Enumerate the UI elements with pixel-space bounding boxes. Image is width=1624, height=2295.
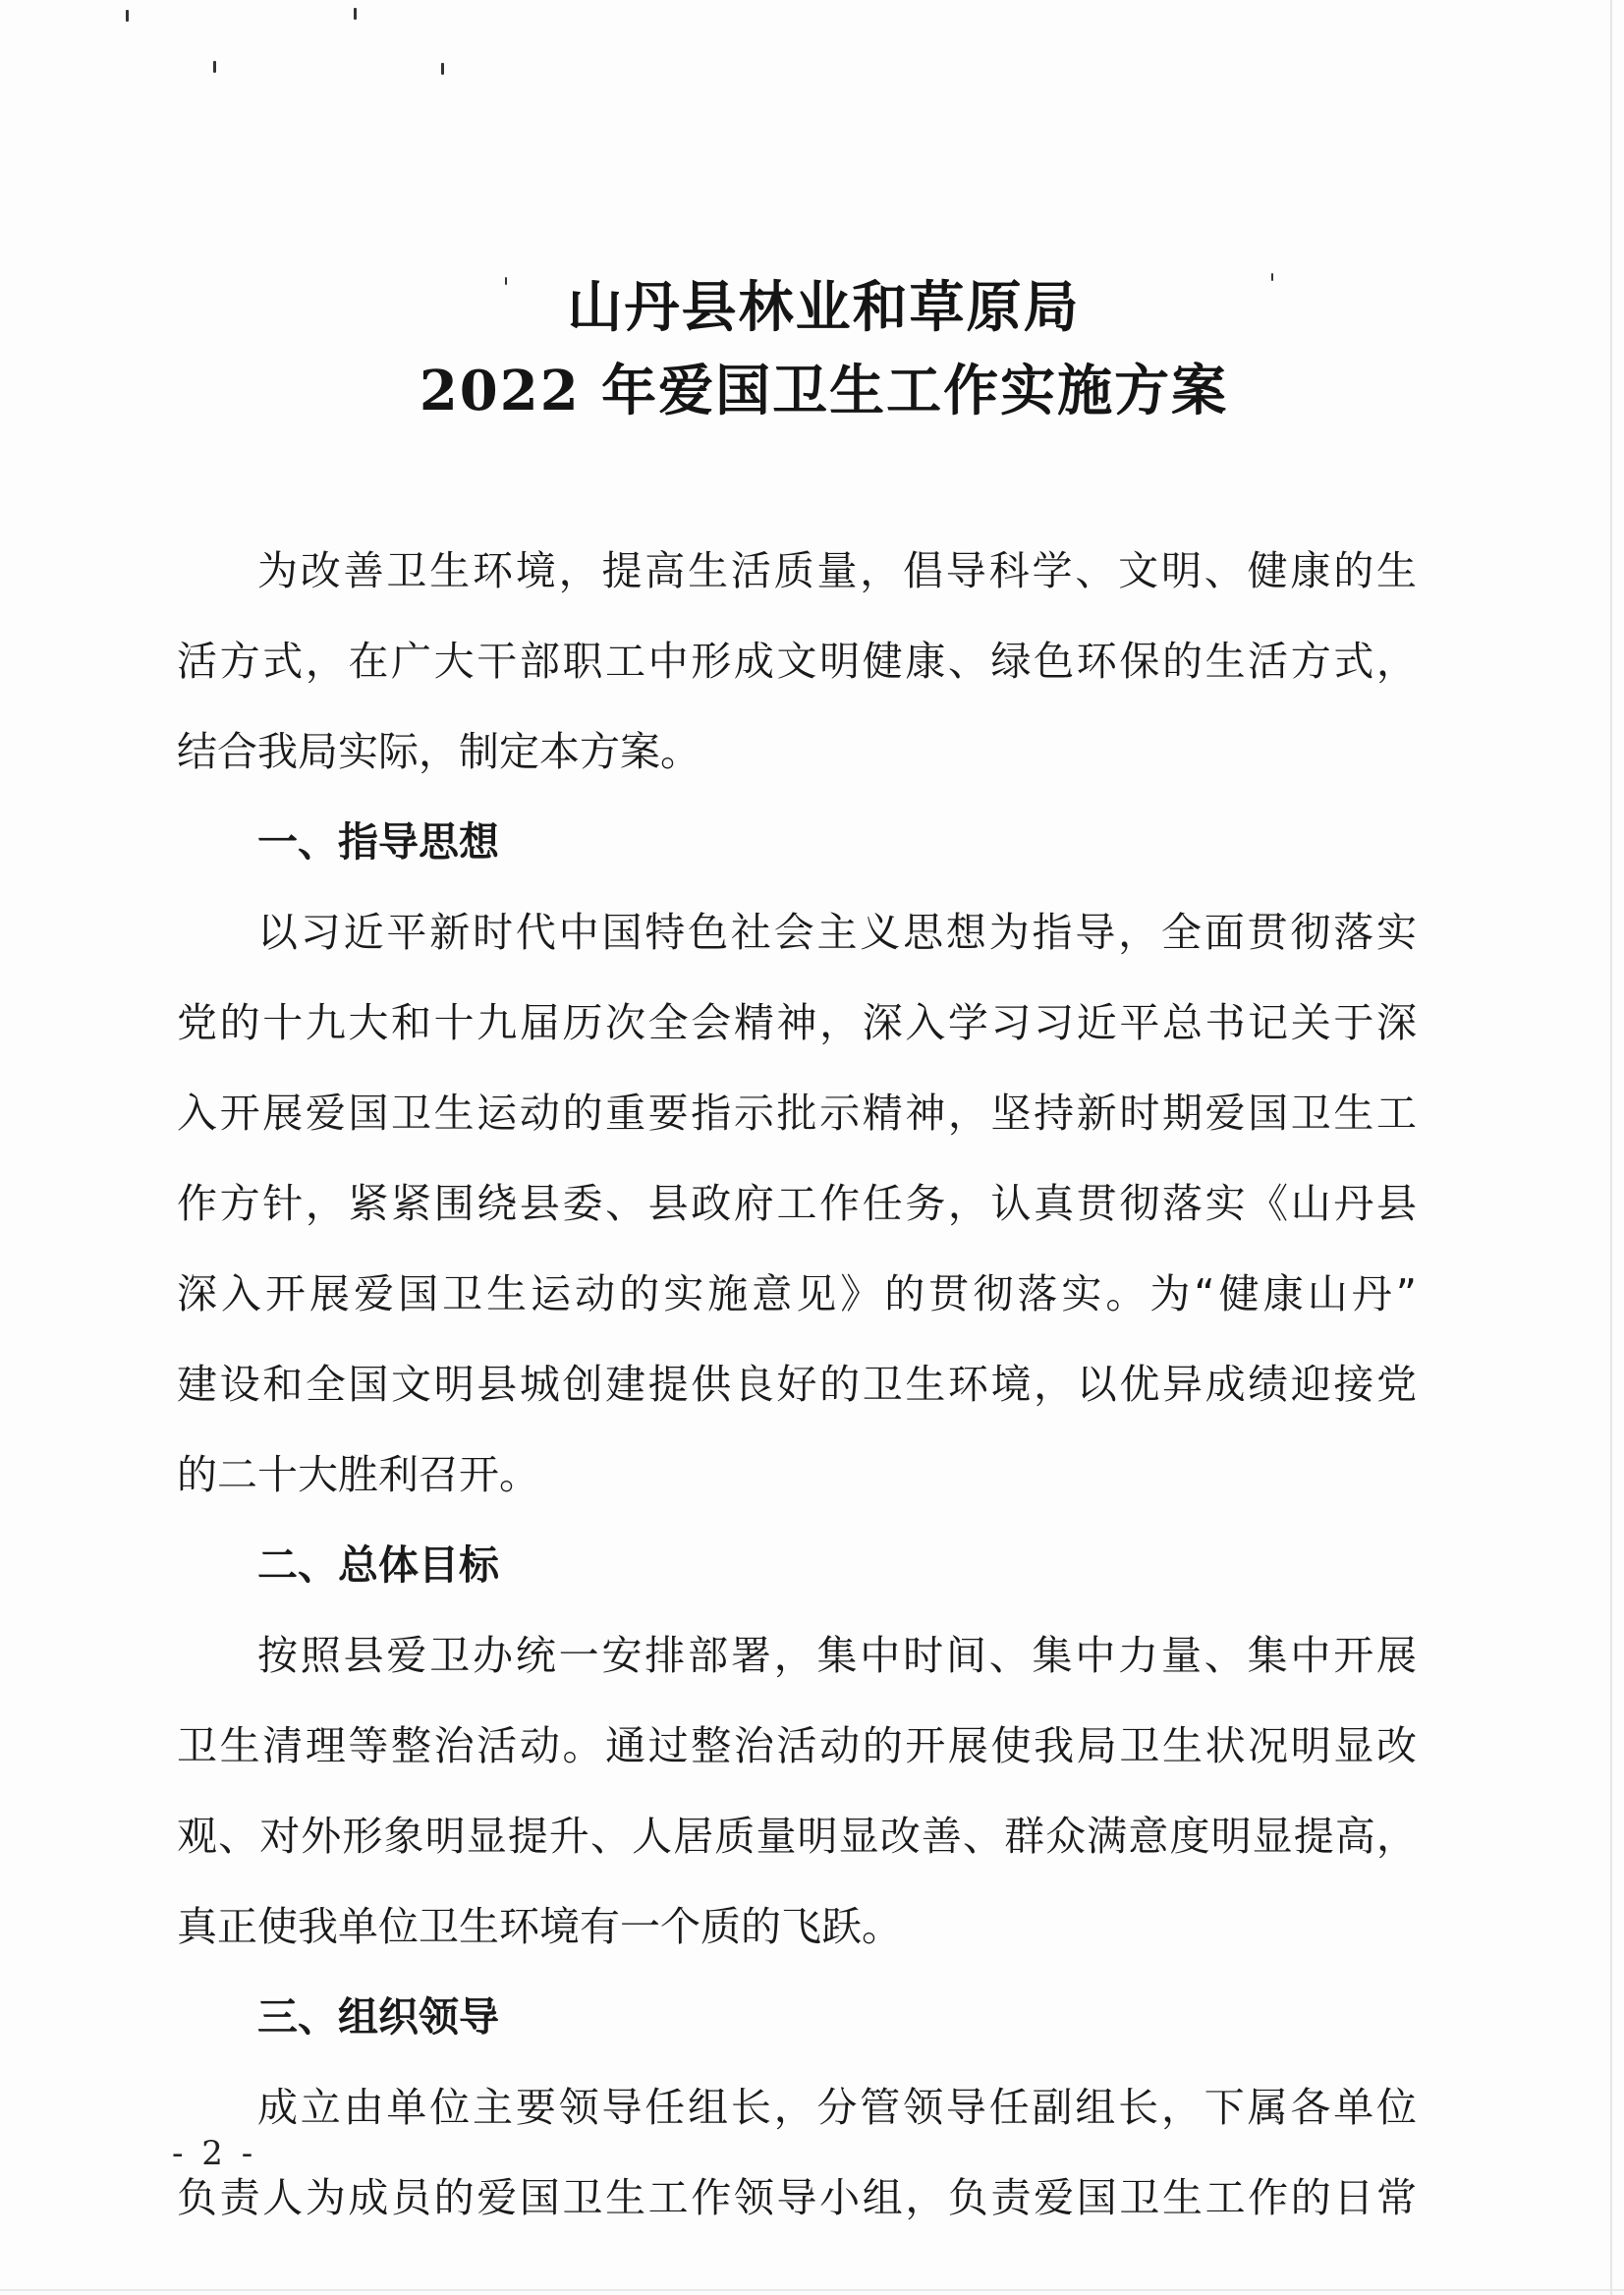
paragraph-line: 按照县爱卫办统一安排部署，集中时间、集中力量、集中开展 xyxy=(177,1610,1417,1701)
section-overall-goals: 二、总体目标 按照县爱卫办统一安排部署，集中时间、集中力量、集中开展 卫生清理等… xyxy=(177,1520,1417,1972)
scan-speck xyxy=(126,10,129,22)
section-guiding-ideology: 一、指导思想 以习近平新时代中国特色社会主义思想为指导，全面贯彻落实 党的十九大… xyxy=(177,797,1417,1520)
section-heading: 二、总体目标 xyxy=(177,1520,1417,1610)
paragraph-line: 深入开展爱国卫生运动的实施意见》的贯彻落实。为“健康山丹” xyxy=(177,1249,1417,1339)
paragraph-line: 成立由单位主要领导任组长，分管领导任副组长，下属各单位 xyxy=(177,2062,1417,2153)
paragraph-line: 建设和全国文明县城创建提供良好的卫生环境，以优异成绩迎接党 xyxy=(177,1339,1417,1429)
paragraph-line: 党的十九大和十九届历次全会精神，深入学习习近平总书记关于深 xyxy=(177,978,1417,1068)
scan-speck xyxy=(354,8,357,20)
paragraph-line: 的二十大胜利召开。 xyxy=(177,1429,1417,1520)
paragraph-line: 作方针，紧紧围绕县委、县政府工作任务，认真贯彻落实《山丹县 xyxy=(177,1158,1417,1249)
paragraph-line: 负责人为成员的爱国卫生工作领导小组，负责爱国卫生工作的日常 xyxy=(177,2153,1417,2243)
paragraph-line: 活方式，在广大干部职工中形成文明健康、绿色环保的生活方式， xyxy=(177,616,1417,706)
section-heading: 一、指导思想 xyxy=(177,797,1417,887)
paragraph-line: 卫生清理等整治活动。通过整治活动的开展使我局卫生状况明显改 xyxy=(177,1701,1417,1791)
intro-paragraph: 为改善卫生环境，提高生活质量，倡导科学、文明、健康的生 活方式，在广大干部职工中… xyxy=(177,526,1417,797)
paragraph-line: 观、对外形象明显提升、人居质量明显改善、群众满意度明显提高， xyxy=(177,1791,1417,1881)
scan-edge-right xyxy=(1610,0,1612,2295)
document-title-line1: 山丹县林业和草原局 xyxy=(12,280,1624,335)
document-body: 为改善卫生环境，提高生活质量，倡导科学、文明、健康的生 活方式，在广大干部职工中… xyxy=(177,526,1417,2243)
section-organization-leadership: 三、组织领导 成立由单位主要领导任组长，分管领导任副组长，下属各单位 负责人为成… xyxy=(177,1972,1417,2243)
scan-edge-bottom xyxy=(0,2289,1624,2291)
scan-speck xyxy=(441,63,444,75)
paragraph-line: 真正使我单位卫生环境有一个质的飞跃。 xyxy=(177,1881,1417,1972)
document-page: 山丹县林业和草原局 2022 年爱国卫生工作实施方案 为改善卫生环境，提高生活质… xyxy=(0,0,1624,2295)
paragraph-line: 结合我局实际，制定本方案。 xyxy=(177,706,1417,797)
section-heading: 三、组织领导 xyxy=(177,1972,1417,2062)
document-title-line2: 2022 年爱国卫生工作实施方案 xyxy=(12,364,1624,419)
paragraph-line: 入开展爱国卫生运动的重要指示批示精神，坚持新时期爱国卫生工 xyxy=(177,1068,1417,1158)
scan-speck xyxy=(213,61,216,73)
paragraph-line: 为改善卫生环境，提高生活质量，倡导科学、文明、健康的生 xyxy=(177,526,1417,616)
page-number: - 2 - xyxy=(172,2134,256,2173)
paragraph-line: 以习近平新时代中国特色社会主义思想为指导，全面贯彻落实 xyxy=(177,887,1417,978)
